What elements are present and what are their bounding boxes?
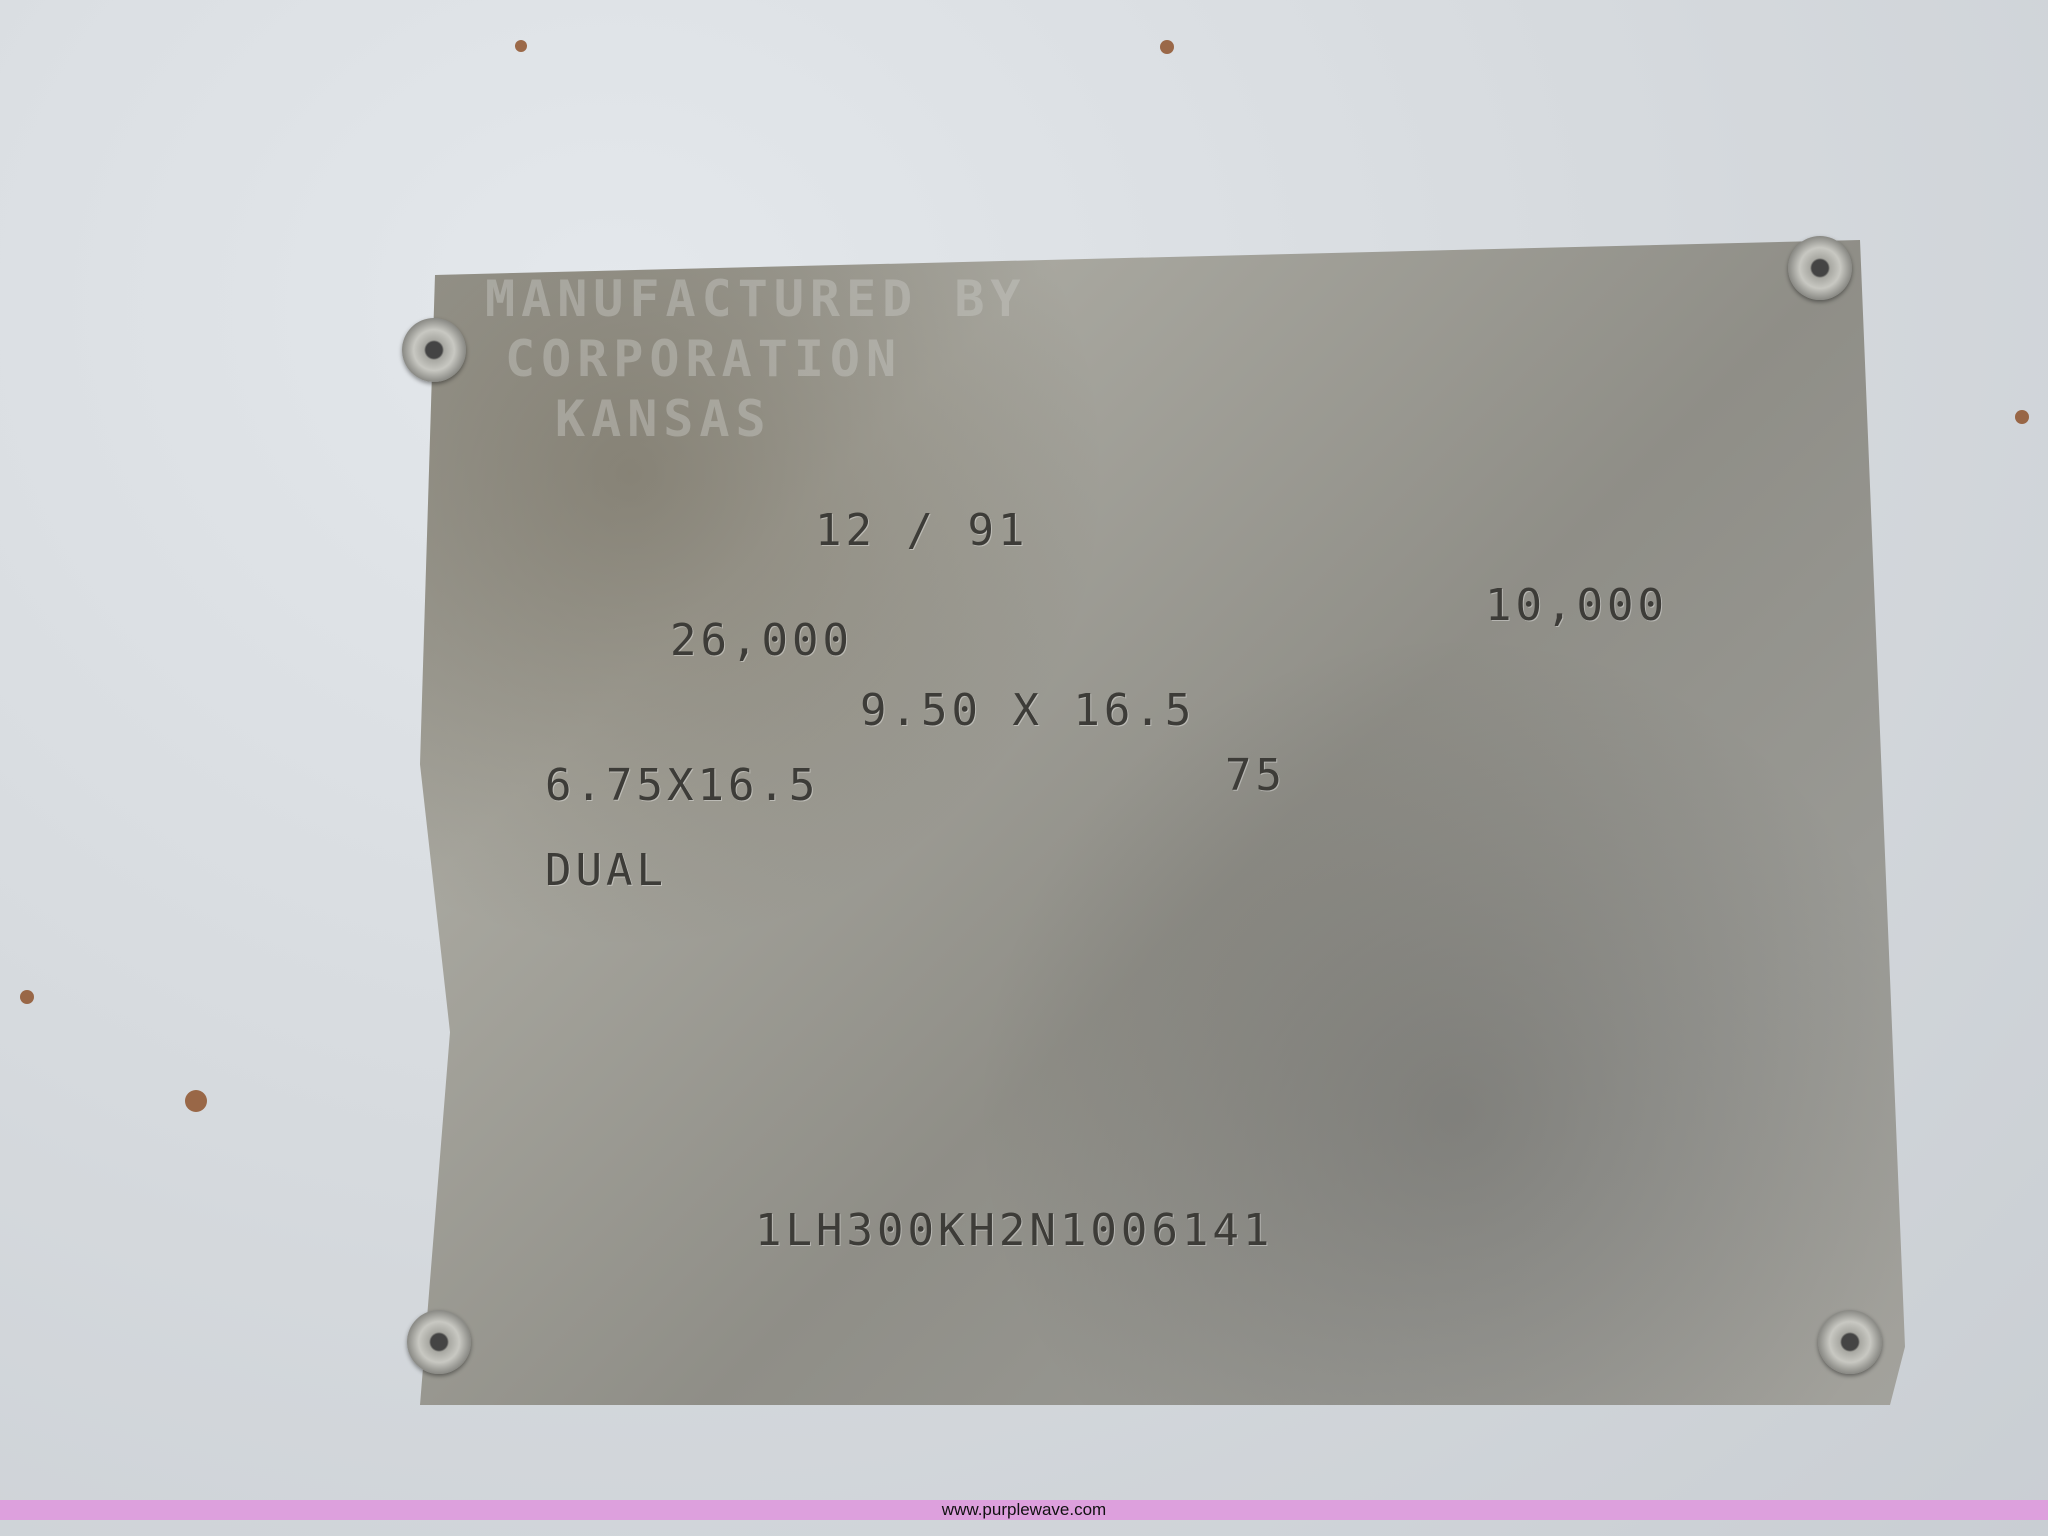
rust-spot (1160, 40, 1174, 54)
rust-spot (185, 1090, 207, 1112)
psi-value: 75 (1225, 750, 1286, 801)
header-line-1: MANUFACTURED BY (485, 270, 1027, 328)
rust-spot (20, 990, 34, 1004)
rivet-bottom-left (407, 1310, 471, 1374)
axle-rating-value: 10,000 (1485, 580, 1668, 631)
header-line-3: KANSAS (555, 390, 772, 448)
watermark: www.purplewave.com (0, 1500, 2048, 1520)
vin-value: 1LH300KH2N1006141 (755, 1205, 1273, 1256)
rust-spot (2015, 410, 2029, 424)
tire-size-1: 9.50 X 16.5 (860, 685, 1195, 736)
rivet-top-left (402, 318, 466, 382)
date-value: 12 / 91 (815, 505, 1028, 556)
rivet-top-right (1788, 236, 1852, 300)
rust-spot (515, 40, 527, 52)
header-line-2: CORPORATION (505, 330, 902, 388)
tire-size-2: 6.75X16.5 (545, 760, 819, 811)
nameplate: MANUFACTURED BY CORPORATION KANSAS 12 / … (405, 240, 1905, 1405)
gvwr-value: 26,000 (670, 615, 853, 666)
rivet-bottom-right (1818, 1310, 1882, 1374)
config-value: DUAL (545, 845, 667, 896)
